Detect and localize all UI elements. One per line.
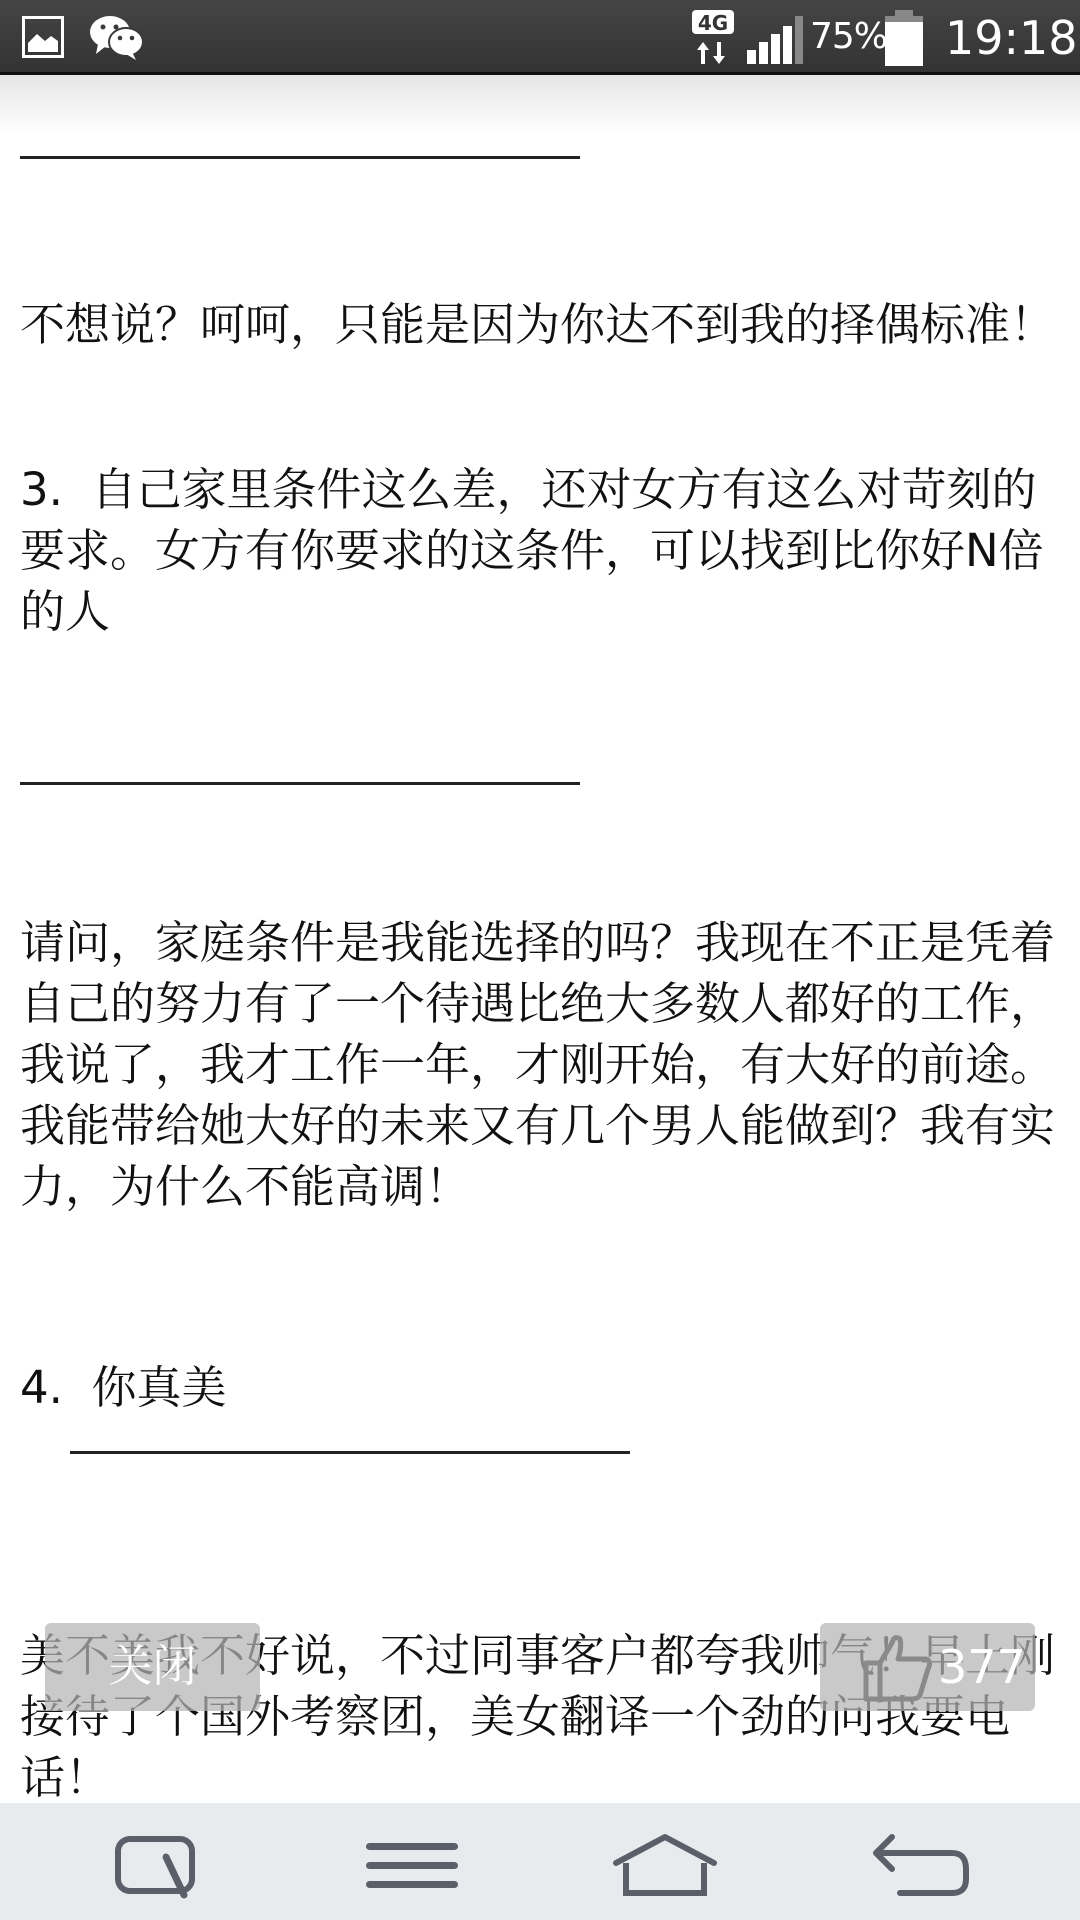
status-bar: 4G 75% 19:18 bbox=[0, 0, 1080, 75]
back-icon[interactable] bbox=[870, 1833, 970, 1903]
menu-icon[interactable] bbox=[362, 1833, 462, 1903]
answer-3: 请问，家庭条件是我能选择的吗？我现在不正是凭着自己的努力有了一个待遇比绝大多数人… bbox=[20, 912, 1065, 1217]
svg-text:4G: 4G bbox=[698, 11, 728, 35]
like-count: 377 bbox=[938, 1623, 1026, 1711]
paragraph: 不想说？呵呵，只能是因为你达不到我的择偶标准！ bbox=[20, 294, 1065, 355]
divider bbox=[20, 782, 580, 785]
battery-icon bbox=[885, 10, 923, 66]
close-button[interactable]: 关闭 bbox=[45, 1623, 260, 1711]
divider bbox=[20, 156, 580, 159]
clock: 19:18 bbox=[945, 10, 1078, 66]
like-button[interactable]: 377 bbox=[820, 1623, 1035, 1711]
top-fade bbox=[0, 75, 1080, 135]
image-icon bbox=[22, 16, 64, 58]
battery-percent: 75% bbox=[810, 14, 887, 60]
divider bbox=[70, 1451, 630, 1454]
wechat-icon bbox=[88, 14, 144, 60]
close-label: 关闭 bbox=[109, 1641, 197, 1692]
home-icon[interactable] bbox=[610, 1833, 720, 1903]
signal-icon bbox=[745, 8, 805, 66]
thumbs-up-icon bbox=[860, 1633, 934, 1703]
network-4g-icon: 4G bbox=[690, 8, 736, 66]
question-4: 4. 你真美 bbox=[20, 1357, 1065, 1418]
quick-memo-icon[interactable] bbox=[110, 1833, 210, 1903]
article-content: 不想说？呵呵，只能是因为你达不到我的择偶标准！ 3. 自己家里条件这么差，还对女… bbox=[0, 0, 1080, 1803]
navigation-bar bbox=[0, 1803, 1080, 1920]
question-3: 3. 自己家里条件这么差，还对女方有这么对苛刻的要求。女方有你要求的这条件，可以… bbox=[20, 459, 1050, 642]
